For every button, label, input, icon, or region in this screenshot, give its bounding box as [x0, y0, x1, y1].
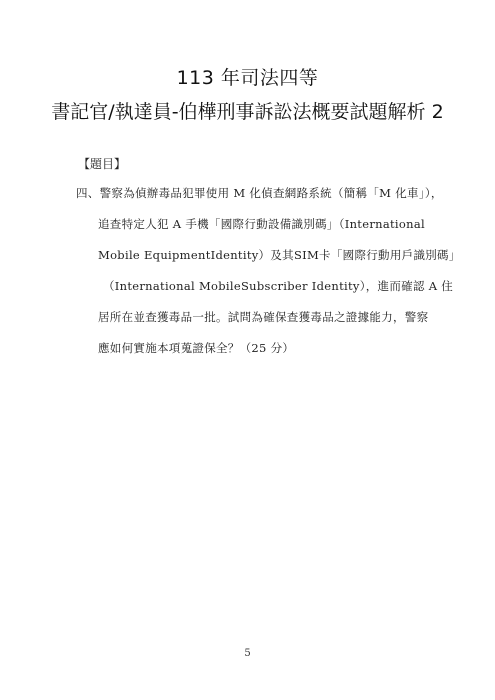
question-line: 居所在並查獲毒品一批。試問為確保查獲毒品之證據能力，警察	[98, 309, 428, 325]
exam-subtitle: 書記官/執達員-伯樺刑事訴訟法概要試題解析 2	[0, 97, 495, 124]
question-line: 追查特定人犯 A 手機「國際行動設備識別碼」（International	[98, 216, 425, 232]
exam-title: 113 年司法四等	[0, 63, 495, 90]
question-line: Mobile EquipmentIdentity）及其SIM卡「國際行動用戶識別…	[98, 247, 461, 263]
document-page: 113 年司法四等 書記官/執達員-伯樺刑事訴訟法概要試題解析 2 【題目】 四…	[0, 0, 495, 700]
question-section-label: 【題目】	[78, 155, 126, 172]
question-line: （International MobileSubscriber Identity…	[103, 278, 453, 294]
page-number: 5	[0, 648, 495, 659]
question-line: 四、警察為偵辦毒品犯罪使用 M 化偵查網路系統（簡稱「M 化車」），	[76, 185, 443, 201]
question-line: 應如何實施本項蒐證保全？（25 分）	[98, 340, 294, 356]
